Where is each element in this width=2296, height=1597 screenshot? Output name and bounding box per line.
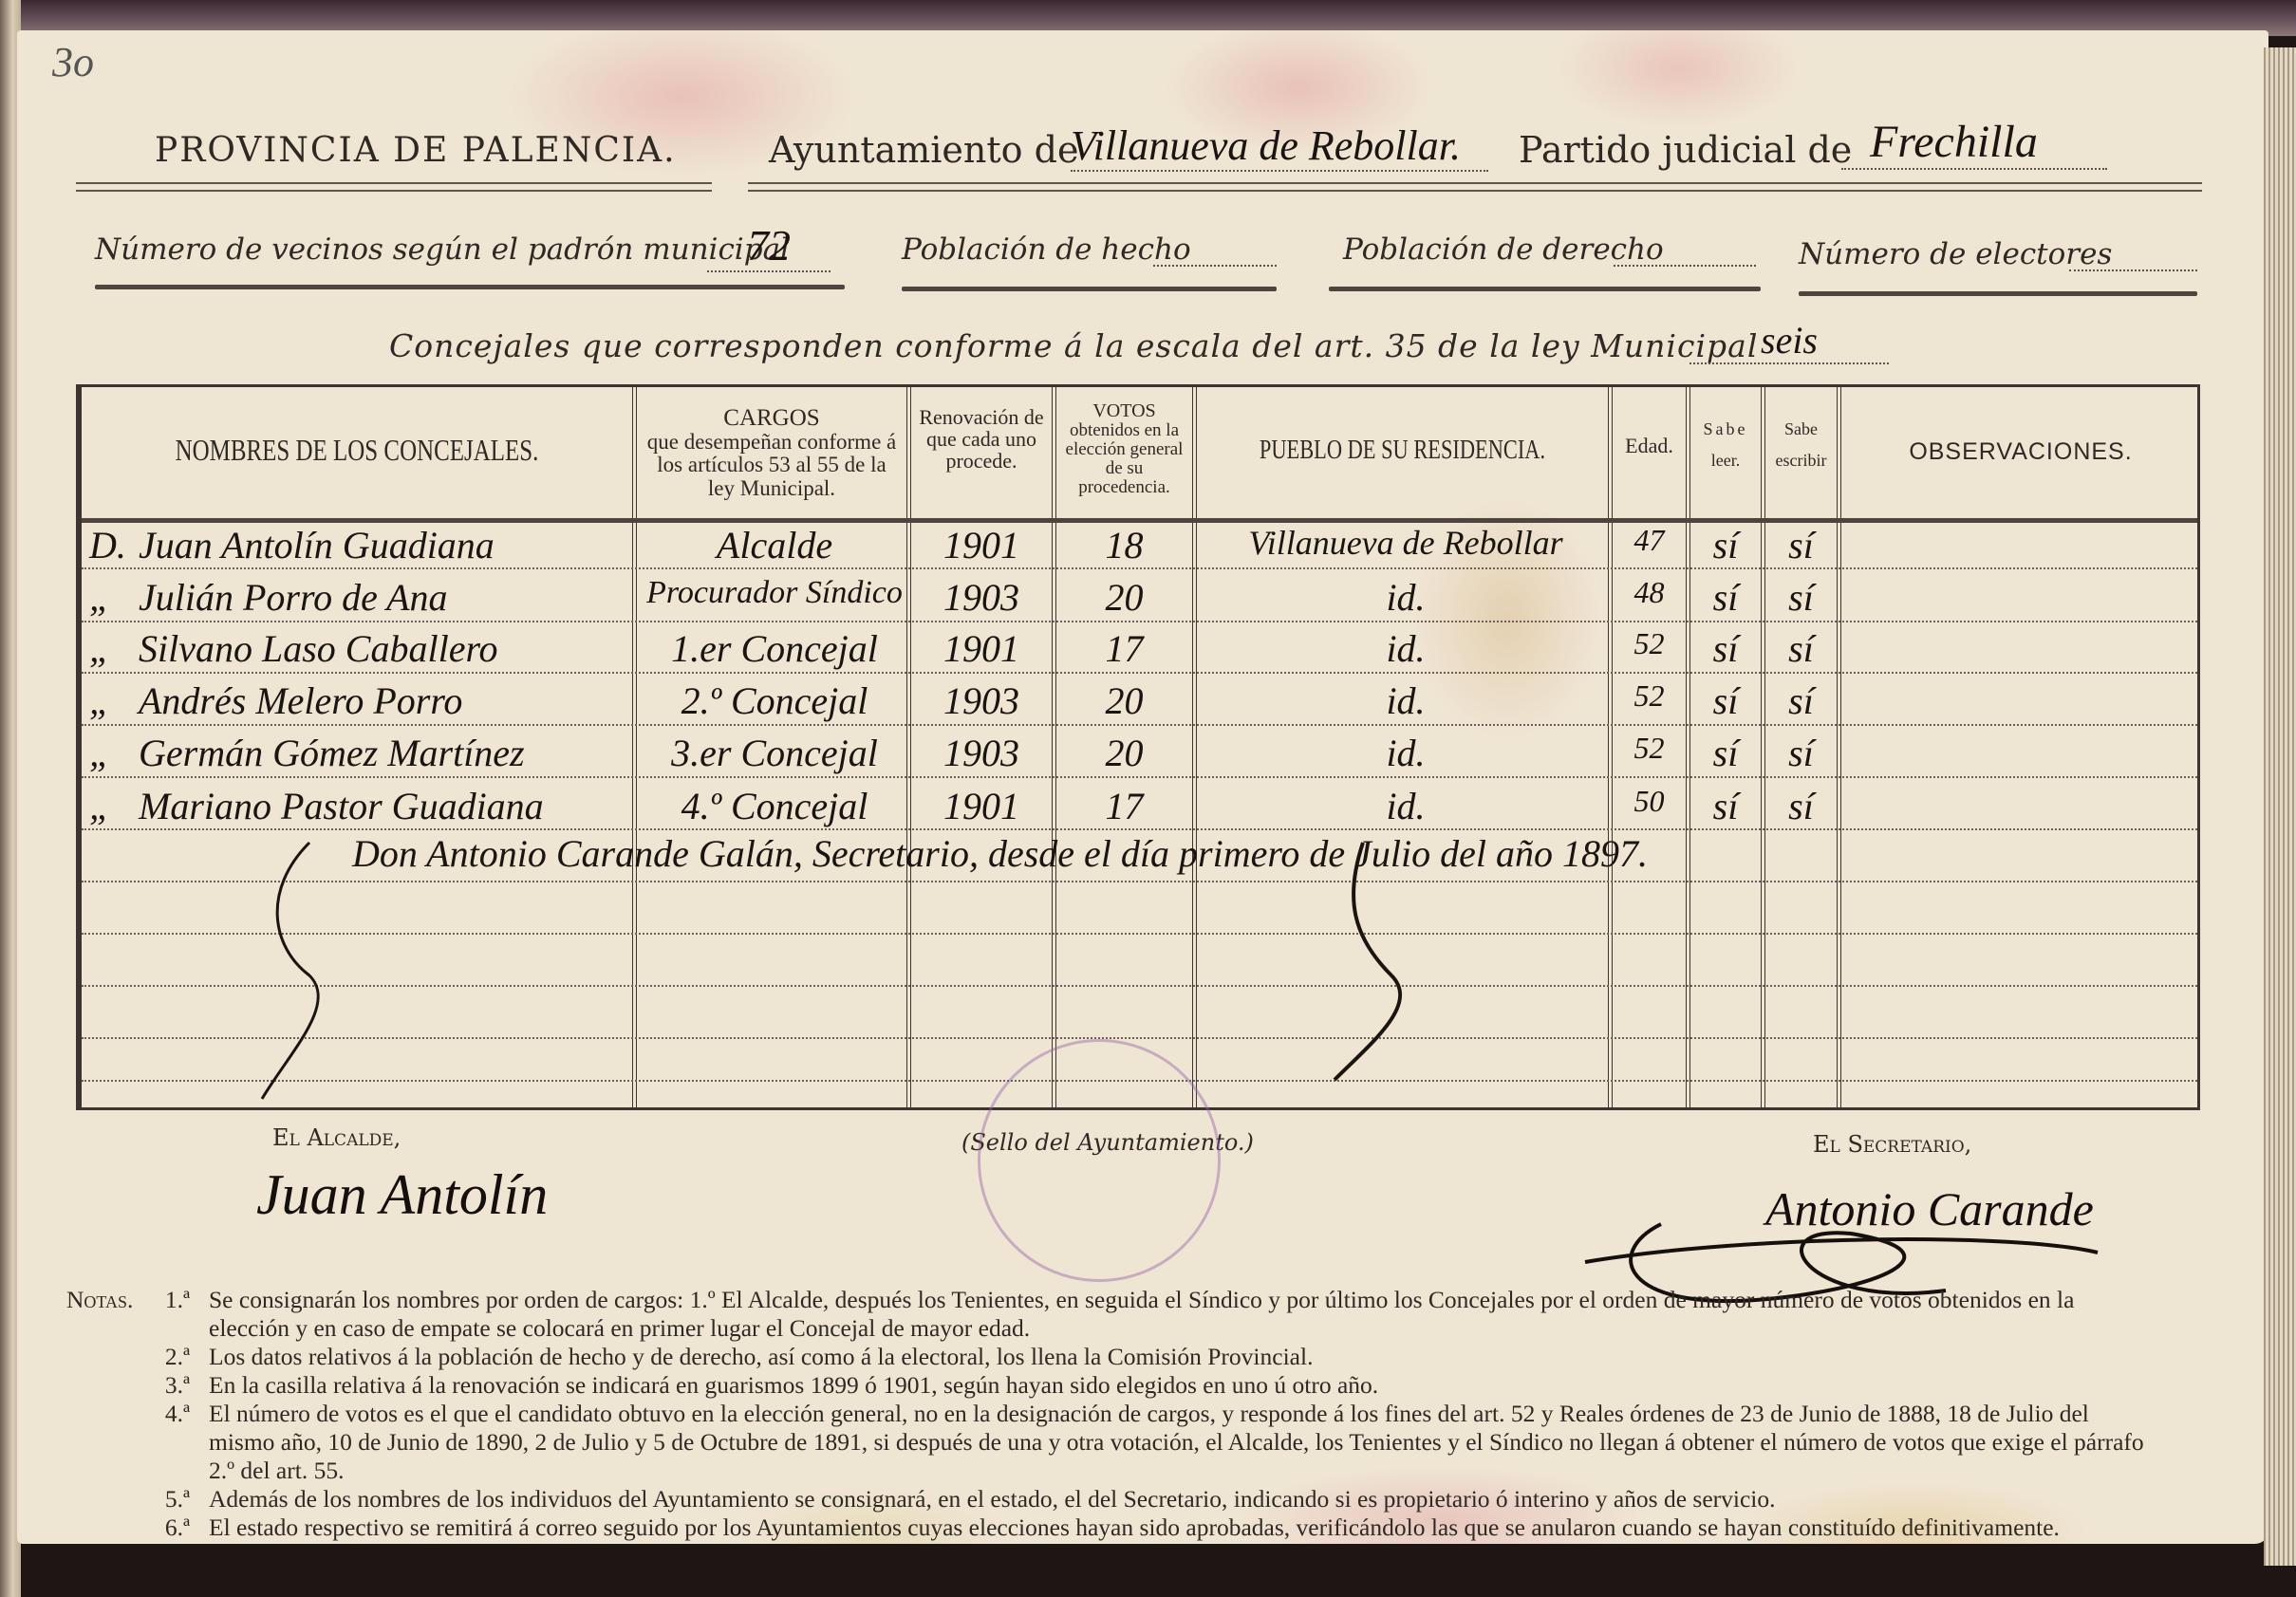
- vecinos-label: Número de vecinos según el padrón munici…: [95, 232, 790, 267]
- edad: 47: [1613, 523, 1686, 558]
- header-sabe-escribir-sub: escribir: [1765, 452, 1837, 470]
- row-line: [82, 985, 2197, 987]
- votos: 20: [1056, 731, 1192, 775]
- header-cargos-title: CARGOS: [637, 406, 906, 431]
- concejal-name: Germán Gómez Martínez: [139, 731, 525, 775]
- census-divider: [1329, 287, 1761, 291]
- renovacion: 1903: [911, 731, 1052, 775]
- pueblo: id.: [1202, 575, 1610, 620]
- note-item: 5.ª Además de los nombres de los individ…: [66, 1485, 2155, 1513]
- partido-label: Partido judicial de: [1519, 129, 1852, 171]
- alcalde-label: El Alcalde,: [272, 1124, 401, 1151]
- row-line: [82, 672, 2197, 674]
- note-number: 6.ª: [66, 1513, 209, 1542]
- concejal-name: Andrés Melero Porro: [139, 678, 462, 723]
- header-sabe-escribir: Sabe escribir: [1765, 420, 1837, 470]
- votos: 17: [1056, 626, 1192, 671]
- header-edad: Edad.: [1613, 435, 1686, 456]
- cargo: Alcalde: [651, 523, 898, 567]
- header-pueblo: PUEBLO DE SU RESIDENCIA.: [1238, 436, 1566, 464]
- note-item: 1.ª Se consignarán los nombres por orden…: [66, 1286, 2155, 1343]
- note-text: Además de los nombres de los individuos …: [209, 1485, 2155, 1513]
- poblacion-derecho-field[interactable]: [1614, 261, 1756, 267]
- cancel-stroke-icon: [1316, 833, 1429, 1089]
- row-line: [82, 621, 2197, 622]
- sabe-escribir: sí: [1765, 626, 1837, 671]
- renovacion: 1901: [911, 626, 1052, 671]
- row-prefix: „: [89, 731, 110, 775]
- sabe-escribir: sí: [1765, 731, 1837, 775]
- sabe-escribir: sí: [1765, 575, 1837, 620]
- pueblo: id.: [1202, 626, 1610, 671]
- pueblo: id.: [1202, 731, 1610, 775]
- votos: 18: [1056, 523, 1192, 567]
- sabe-escribir: sí: [1765, 678, 1837, 723]
- row-prefix: „: [89, 678, 110, 723]
- row-prefix: „: [89, 784, 110, 828]
- cargo: Procurador Síndico: [642, 575, 907, 611]
- sabe-leer: sí: [1690, 678, 1761, 723]
- edad: 52: [1613, 678, 1686, 714]
- header-sabe-leer: Sabe leer.: [1690, 420, 1761, 470]
- pueblo: id.: [1202, 784, 1610, 828]
- header-votos-sub: obtenidos en la elección general de su p…: [1056, 421, 1192, 497]
- edad: 52: [1613, 626, 1686, 661]
- header-divider: [76, 182, 712, 192]
- note-item: 4.ª El número de votos es el que el cand…: [66, 1400, 2155, 1485]
- sabe-leer: sí: [1690, 575, 1761, 620]
- row-prefix: „: [89, 575, 110, 620]
- row-line: [82, 724, 2197, 726]
- cargo: 3.er Concejal: [651, 731, 898, 775]
- header-divider: [1490, 182, 2202, 192]
- row-line: [82, 1037, 2197, 1039]
- votos: 20: [1056, 575, 1192, 620]
- row-line: [82, 933, 2197, 935]
- header-votos: VOTOS obtenidos en la elección general d…: [1056, 401, 1192, 497]
- notes-label: Notas.: [66, 1286, 133, 1314]
- pueblo: id.: [1202, 678, 1610, 723]
- sabe-leer: sí: [1690, 626, 1761, 671]
- header-nombres: NOMBRES DE LOS CONCEJALES.: [142, 435, 571, 467]
- secretary-line: Don Antonio Carande Galán, Secretario, d…: [352, 831, 1648, 876]
- note-text: El número de votos es el que el candidat…: [209, 1400, 2155, 1485]
- census-divider: [902, 287, 1277, 291]
- census-divider: [1799, 291, 2197, 296]
- header-observaciones: OBSERVACIONES.: [1841, 439, 2200, 464]
- row-prefix: „: [89, 626, 110, 671]
- note-item: 2.ª Los datos relativos á la población d…: [66, 1343, 2155, 1371]
- note-item: 6.ª El estado respectivo se remitirá á c…: [66, 1513, 2155, 1542]
- page-number-marker: 3o: [52, 38, 94, 86]
- notes-section: Notas. 1.ª Se consignarán los nombres po…: [66, 1286, 2155, 1542]
- header-cargos-sub: que desempeñan conforme á los artículos …: [637, 431, 906, 499]
- census-divider: [95, 285, 845, 289]
- note-number: 3.ª: [66, 1371, 209, 1400]
- alcalde-signature: Juan Antolín: [256, 1162, 548, 1228]
- votos: 20: [1056, 678, 1192, 723]
- poblacion-hecho-label: Población de hecho: [902, 232, 1191, 267]
- poblacion-hecho-field[interactable]: [1153, 261, 1277, 267]
- edad: 48: [1613, 575, 1686, 610]
- row-line: [82, 776, 2197, 778]
- concejal-name: Julián Porro de Ana: [139, 575, 448, 620]
- pueblo: Villanueva de Rebollar: [1202, 523, 1610, 563]
- partido-value: Frechilla: [1841, 116, 2107, 170]
- header-renovacion: Renovación de que cada uno procede.: [911, 406, 1052, 472]
- renovacion: 1901: [911, 784, 1052, 828]
- sabe-escribir: sí: [1765, 523, 1837, 567]
- votos: 17: [1056, 784, 1192, 828]
- row-line: [82, 881, 2197, 882]
- note-text: En la casilla relativa á la renovación s…: [209, 1371, 2155, 1400]
- row-prefix: D.: [89, 523, 126, 567]
- cargo: 4.º Concejal: [651, 784, 898, 828]
- concejales-value: seis: [1689, 318, 1889, 364]
- header-sabe-escribir-title: Sabe: [1765, 420, 1837, 438]
- edad: 52: [1613, 731, 1686, 766]
- concejal-name: Mariano Pastor Guadiana: [139, 784, 544, 828]
- header-sabe-leer-title: Sabe: [1690, 420, 1761, 438]
- concejal-name: Juan Antolín Guadiana: [139, 523, 495, 567]
- sabe-leer: sí: [1690, 523, 1761, 567]
- row-line: [82, 828, 2197, 830]
- header-sabe-leer-sub: leer.: [1690, 452, 1761, 470]
- electores-field[interactable]: [2069, 266, 2197, 271]
- renovacion: 1903: [911, 575, 1052, 620]
- page-edges: [2264, 47, 2296, 1566]
- row-line: [82, 567, 2197, 569]
- vecinos-value: 72: [707, 220, 831, 272]
- header-divider: [748, 182, 1490, 192]
- ayuntamiento-value: Villanueva de Rebollar.: [1071, 121, 1488, 172]
- edad: 50: [1613, 784, 1686, 819]
- sabe-leer: sí: [1690, 731, 1761, 775]
- note-text: Los datos relativos á la población de he…: [209, 1343, 2155, 1371]
- cargo: 2.º Concejal: [651, 678, 898, 723]
- electores-label: Número de electores: [1799, 237, 2112, 271]
- note-number: 5.ª: [66, 1485, 209, 1513]
- column-divider: [1837, 387, 1841, 1107]
- note-text: El estado respectivo se remitirá á corre…: [209, 1513, 2155, 1542]
- note-item: 3.ª En la casilla relativa á la renovaci…: [66, 1371, 2155, 1400]
- municipal-stamp: [978, 1039, 1221, 1282]
- header-cargos: CARGOS que desempeñan conforme á los art…: [637, 406, 906, 500]
- concejales-table: NOMBRES DE LOS CONCEJALES. CARGOS que de…: [76, 384, 2200, 1110]
- concejales-label: Concejales que corresponden conforme á l…: [389, 327, 1758, 364]
- renovacion: 1903: [911, 678, 1052, 723]
- province-title: PROVINCIA DE PALENCIA.: [155, 131, 677, 170]
- header-votos-title: VOTOS: [1056, 401, 1192, 421]
- sabe-escribir: sí: [1765, 784, 1837, 828]
- secretario-label: El Secretario,: [1813, 1131, 1971, 1158]
- note-text: Se consignarán los nombres por orden de …: [209, 1286, 2155, 1343]
- note-number: 4.ª: [66, 1400, 209, 1485]
- ayuntamiento-label: Ayuntamiento de: [769, 129, 1078, 171]
- sabe-leer: sí: [1690, 784, 1761, 828]
- note-number: 2.ª: [66, 1343, 209, 1371]
- cargo: 1.er Concejal: [651, 626, 898, 671]
- cancel-stroke-icon: [252, 833, 366, 1108]
- concejal-name: Silvano Laso Caballero: [139, 626, 498, 671]
- renovacion: 1901: [911, 523, 1052, 567]
- column-divider: [1192, 387, 1197, 1107]
